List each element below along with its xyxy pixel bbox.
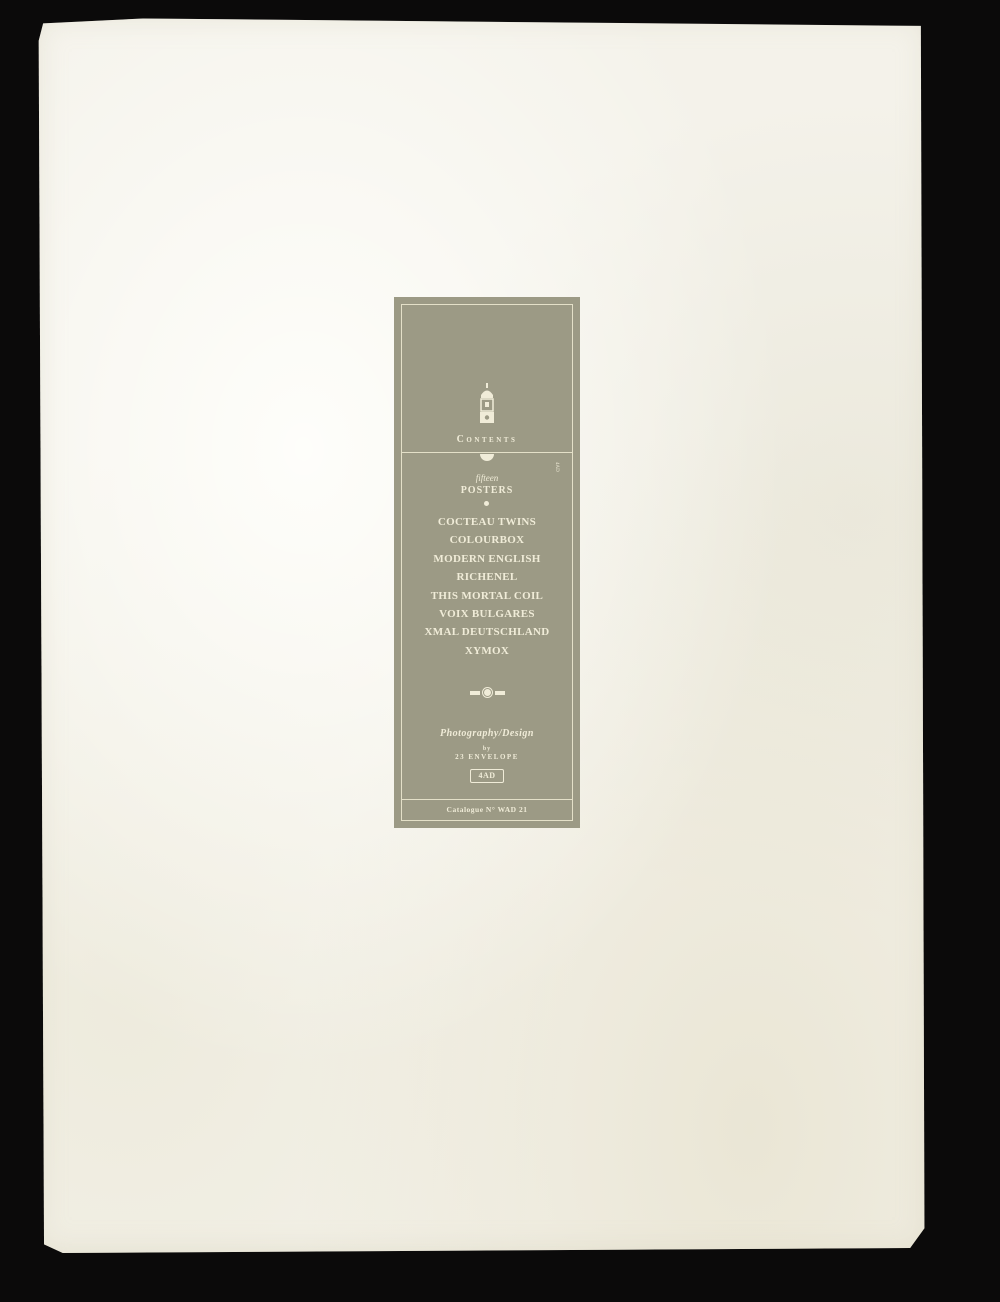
contents-heading: Contents	[394, 434, 580, 445]
ornament-bar	[495, 691, 505, 695]
list-item: XYMOX	[394, 642, 580, 660]
list-item: RICHENEL	[394, 568, 580, 586]
side-vertical-text: 4AD	[555, 462, 559, 472]
list-item: MODERN ENGLISH	[394, 550, 580, 568]
subtitle-posters: POSTERS	[394, 485, 580, 496]
ornament-ring	[483, 688, 492, 697]
artist-list: COCTEAU TWINS COLOURBOX MODERN ENGLISH R…	[394, 513, 580, 660]
list-item: XMAL DEUTSCHLAND	[394, 623, 580, 641]
dot-ornament-icon	[484, 501, 489, 506]
studio-name: 23 ENVELOPE	[394, 753, 580, 761]
label-logo: 4AD	[470, 769, 504, 783]
list-item: VOIX BULGARES	[394, 605, 580, 623]
list-item: COLOURBOX	[394, 531, 580, 549]
contents-label: Contents 4AD fifteen POSTERS COCTEAU TWI…	[394, 297, 580, 828]
crown-crest-icon	[478, 383, 496, 425]
subtitle-italic: fifteen	[394, 473, 580, 483]
ornament-bar	[470, 691, 480, 695]
list-item: COCTEAU TWINS	[394, 513, 580, 531]
list-item: THIS MORTAL COIL	[394, 587, 580, 605]
catalogue-number: Catalogue N° WAD 21	[394, 805, 580, 814]
credit-line: Photography/Design	[394, 728, 580, 739]
divider	[401, 452, 573, 453]
bar-ring-ornament-icon	[394, 688, 580, 697]
divider	[401, 799, 573, 800]
credit-by: by	[394, 746, 580, 752]
